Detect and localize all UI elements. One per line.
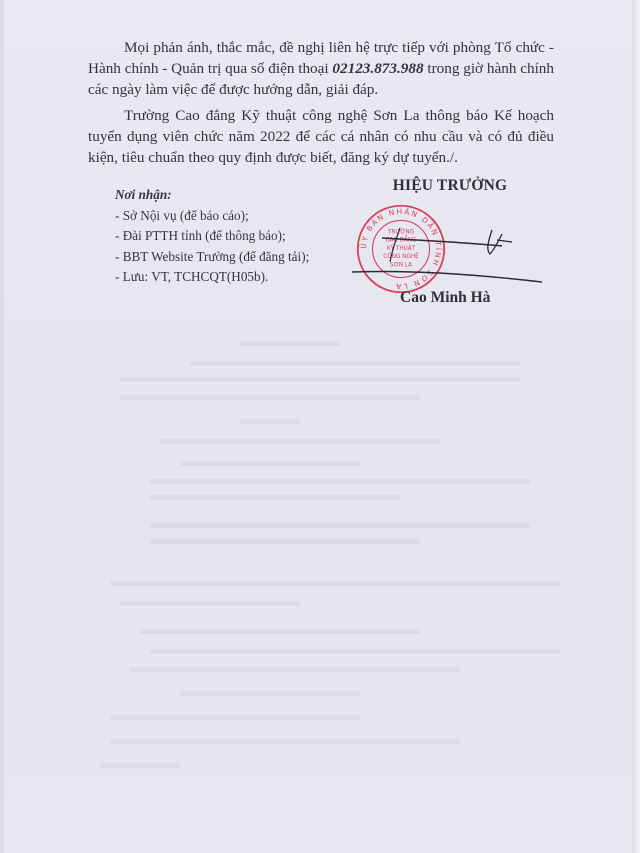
page-edge-left [0,0,4,853]
signer-title: HIỆU TRƯỞNG [370,177,530,195]
signature-block: HIỆU TRƯỞNG [370,177,530,195]
bleed-line [120,395,420,400]
bleed-line [160,439,440,444]
announcement-paragraph: Trường Cao đẳng Kỹ thuật công nghệ Sơn L… [88,105,554,168]
bleed-line [180,691,360,696]
contact-paragraph: Mọi phản ánh, thắc mắc, đề nghị liên hệ … [88,37,554,100]
page-edge-right [632,0,640,853]
bleed-line [110,581,560,586]
phone-number: 02123.873.988 [332,60,423,77]
recipient-item: - Đài PTTH tỉnh (để thông báo); [115,226,309,247]
bleed-line [110,715,360,720]
bleed-line [130,667,460,672]
bleed-line [120,377,520,382]
bleed-line [100,763,180,768]
bleed-line [110,739,460,744]
bleed-line [150,539,420,544]
recipient-item: - BBT Website Trường (để đăng tải); [115,247,309,268]
bleed-line [120,601,300,606]
recipients-title: Nơi nhận: [115,185,309,206]
recipient-item: - Lưu: VT, TCHCQT(H05b). [115,267,309,288]
bleed-line [150,495,400,500]
bleed-line [150,649,560,654]
announcement-text: Trường Cao đẳng Kỹ thuật công nghệ Sơn L… [88,107,554,166]
recipients-block: Nơi nhận: - Sở Nội vụ (để báo cáo); - Đà… [115,185,309,288]
bleed-line [150,523,530,528]
bleed-line [240,419,300,424]
handwritten-signature-icon [352,220,542,300]
bleed-line [190,361,520,366]
recipient-item: - Sở Nội vụ (để báo cáo); [115,206,309,227]
scanned-page: Mọi phản ánh, thắc mắc, đề nghị liên hệ … [0,0,640,853]
bleed-line [150,479,530,484]
bleed-line [180,461,360,466]
bleed-line [140,629,420,634]
bleed-line [240,341,340,346]
signer-name: Cao Minh Hà [400,289,490,307]
